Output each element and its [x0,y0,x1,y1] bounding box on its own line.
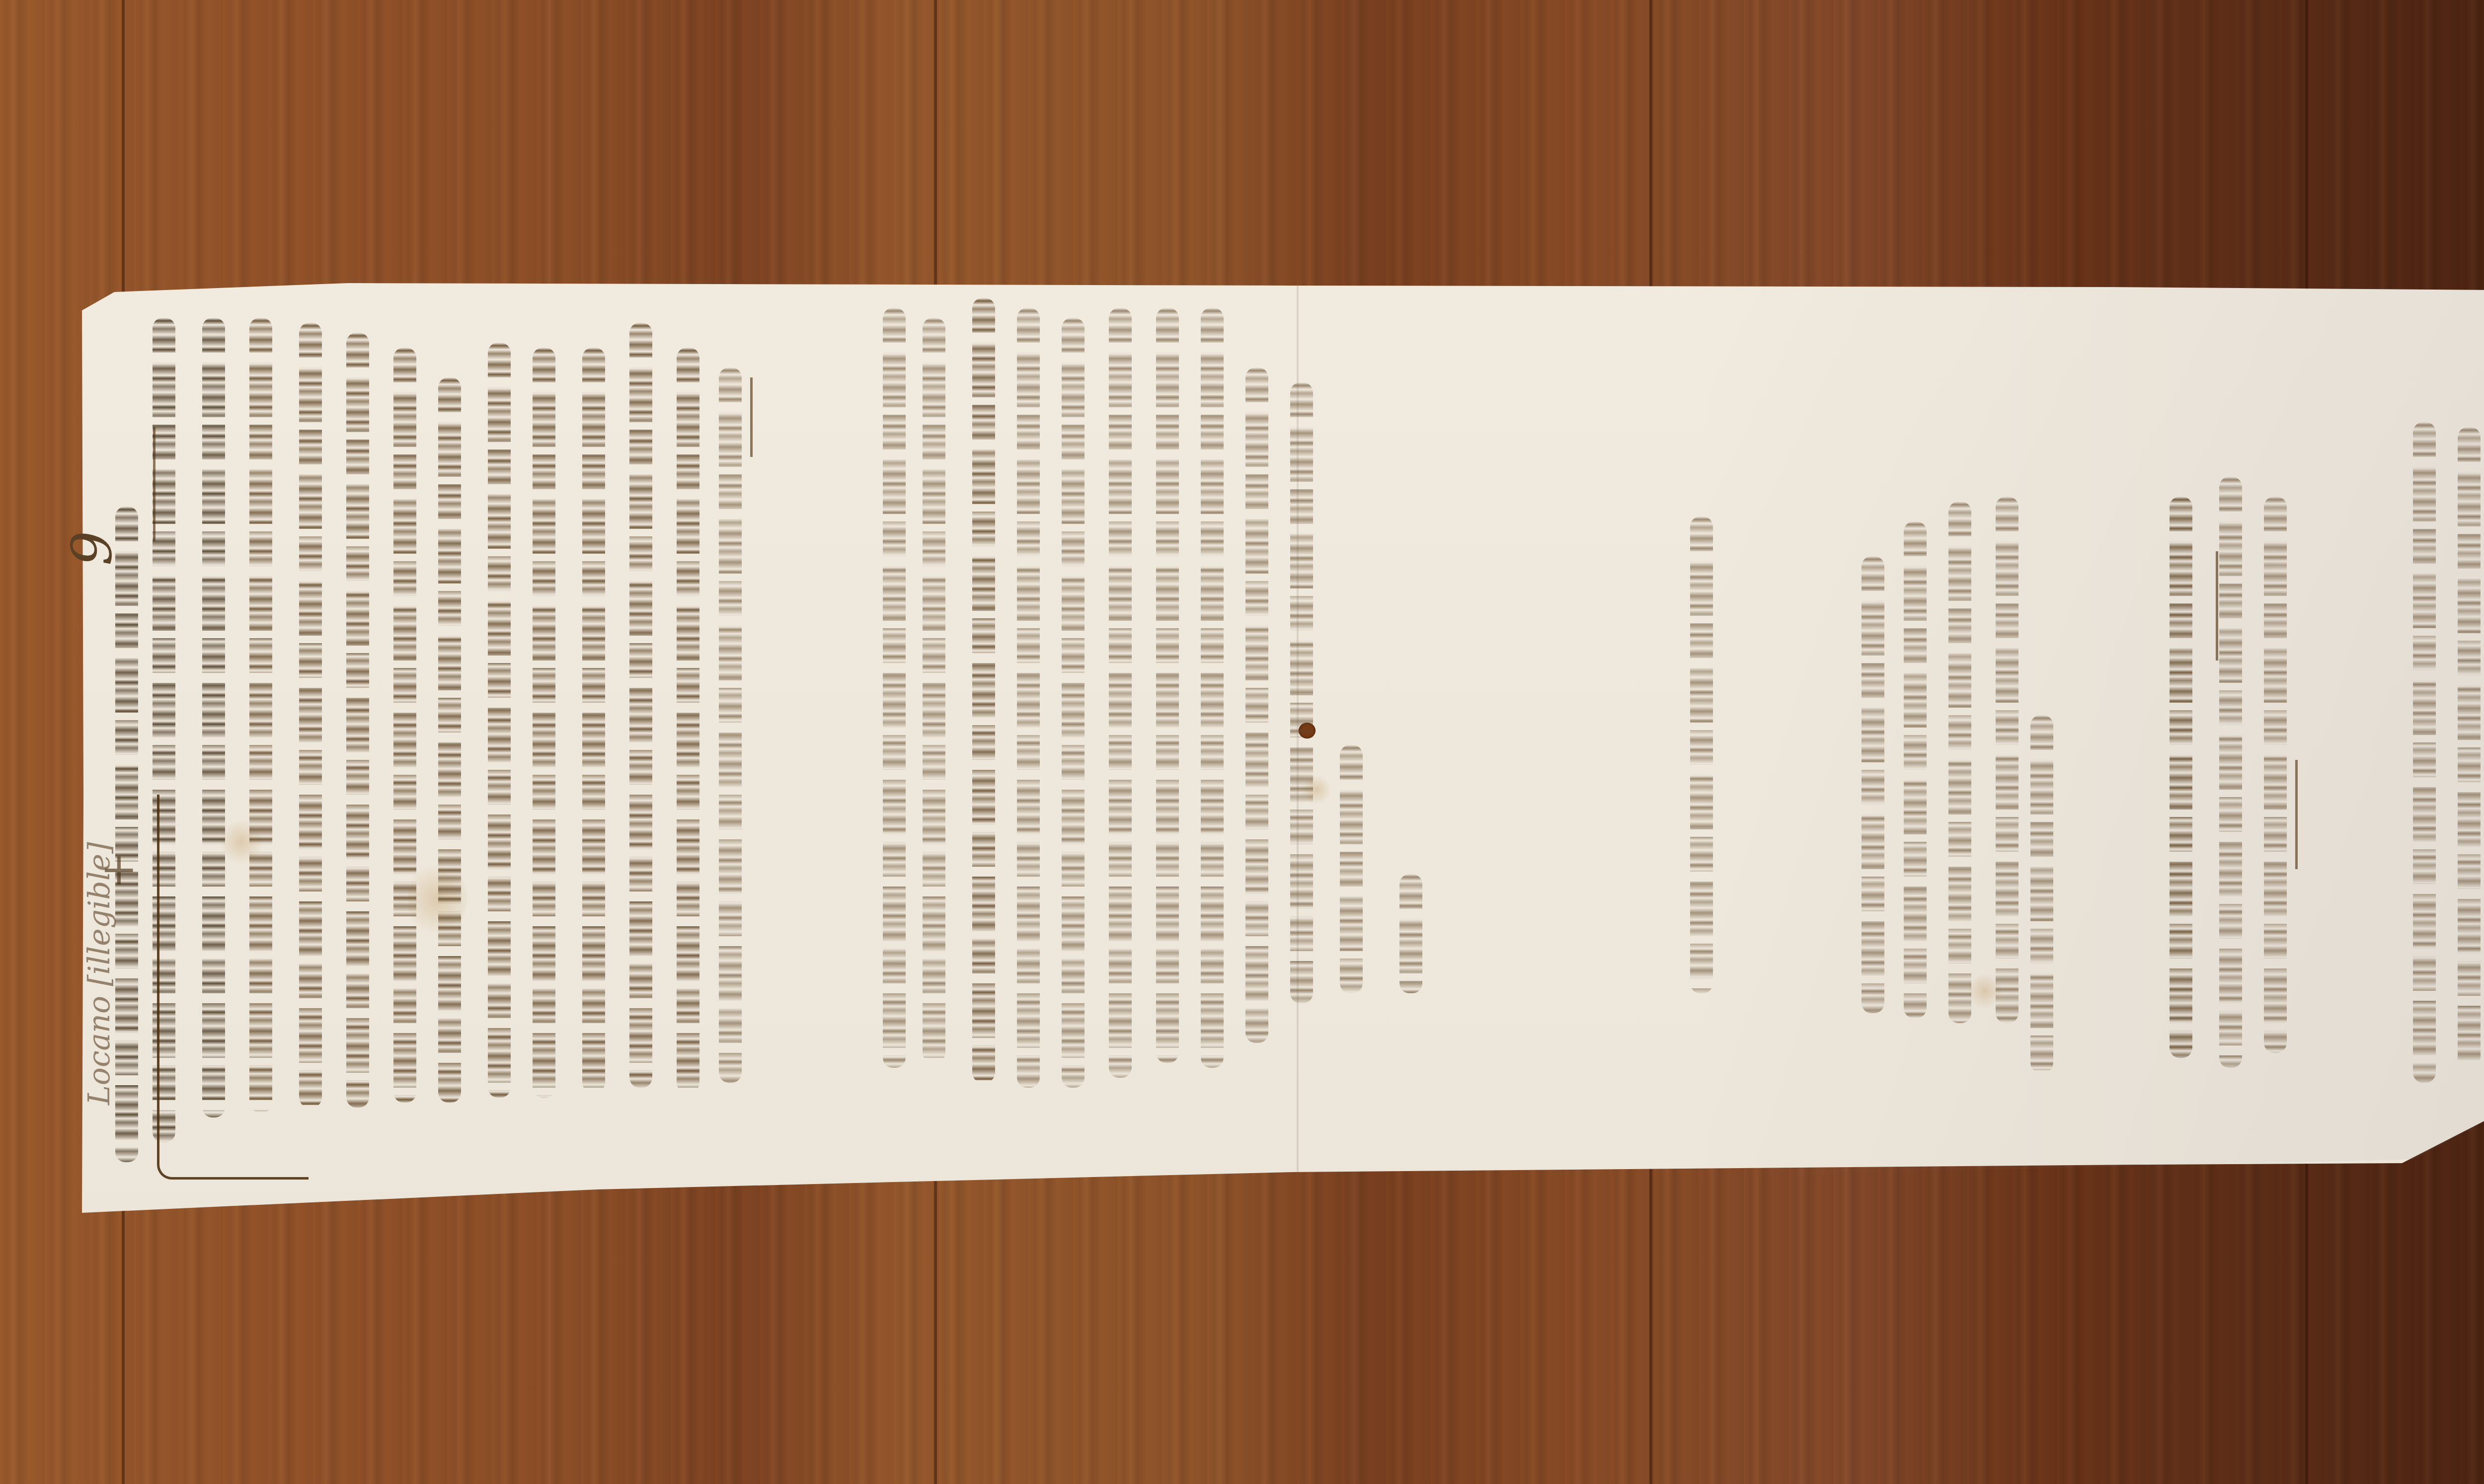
handwritten-line [1948,502,1971,1023]
handwritten-line [972,298,995,1083]
handwritten-line [2264,497,2287,1053]
handwritten-line [629,323,652,1088]
handwritten-line [2170,497,2192,1058]
handwritten-line [883,308,906,1068]
handwritten-line [582,348,605,1093]
heading-fragment: Locano [illegible] [82,906,117,1105]
handwritten-line [346,333,369,1108]
handwritten-line [438,377,461,1103]
handwritten-line [1996,497,2018,1023]
handwritten-line [299,323,322,1108]
handwritten-line [1690,517,1713,993]
handwritten-line [1017,308,1040,1088]
underline-stroke [2295,760,2298,869]
handwritten-line [1862,556,1884,1013]
handwritten-line [1062,318,1085,1088]
handwritten-line [249,318,272,1113]
handwritten-line [1340,745,1363,993]
handwritten-line [393,348,416,1103]
underline-stroke [2216,551,2218,661]
handwritten-line [677,348,699,1093]
handwritten-line [115,507,138,1162]
handwritten-line [153,318,175,1142]
handwritten-line [1109,308,1132,1078]
handwritten-line [202,318,225,1117]
handwritten-line [2219,477,2242,1068]
handwritten-line [1290,382,1313,1003]
handwritten-line [1201,308,1224,1068]
underline-stroke [750,377,753,457]
handwritten-line [1904,521,1927,1018]
handwritten-line [923,318,945,1063]
folio-number: 9 [60,531,124,566]
handwritten-line [2030,715,2053,1073]
handwritten-line [1245,368,1268,1043]
handwritten-line [533,348,555,1098]
margin-bracket [157,795,309,1180]
handwritten-line [2458,427,2481,1068]
handwritten-line [1156,308,1179,1063]
paper-shading [1689,283,2484,1177]
handwritten-line [719,368,742,1083]
handwritten-line [2413,422,2436,1083]
handwritten-line [1399,874,1422,993]
handwritten-line [488,343,511,1098]
